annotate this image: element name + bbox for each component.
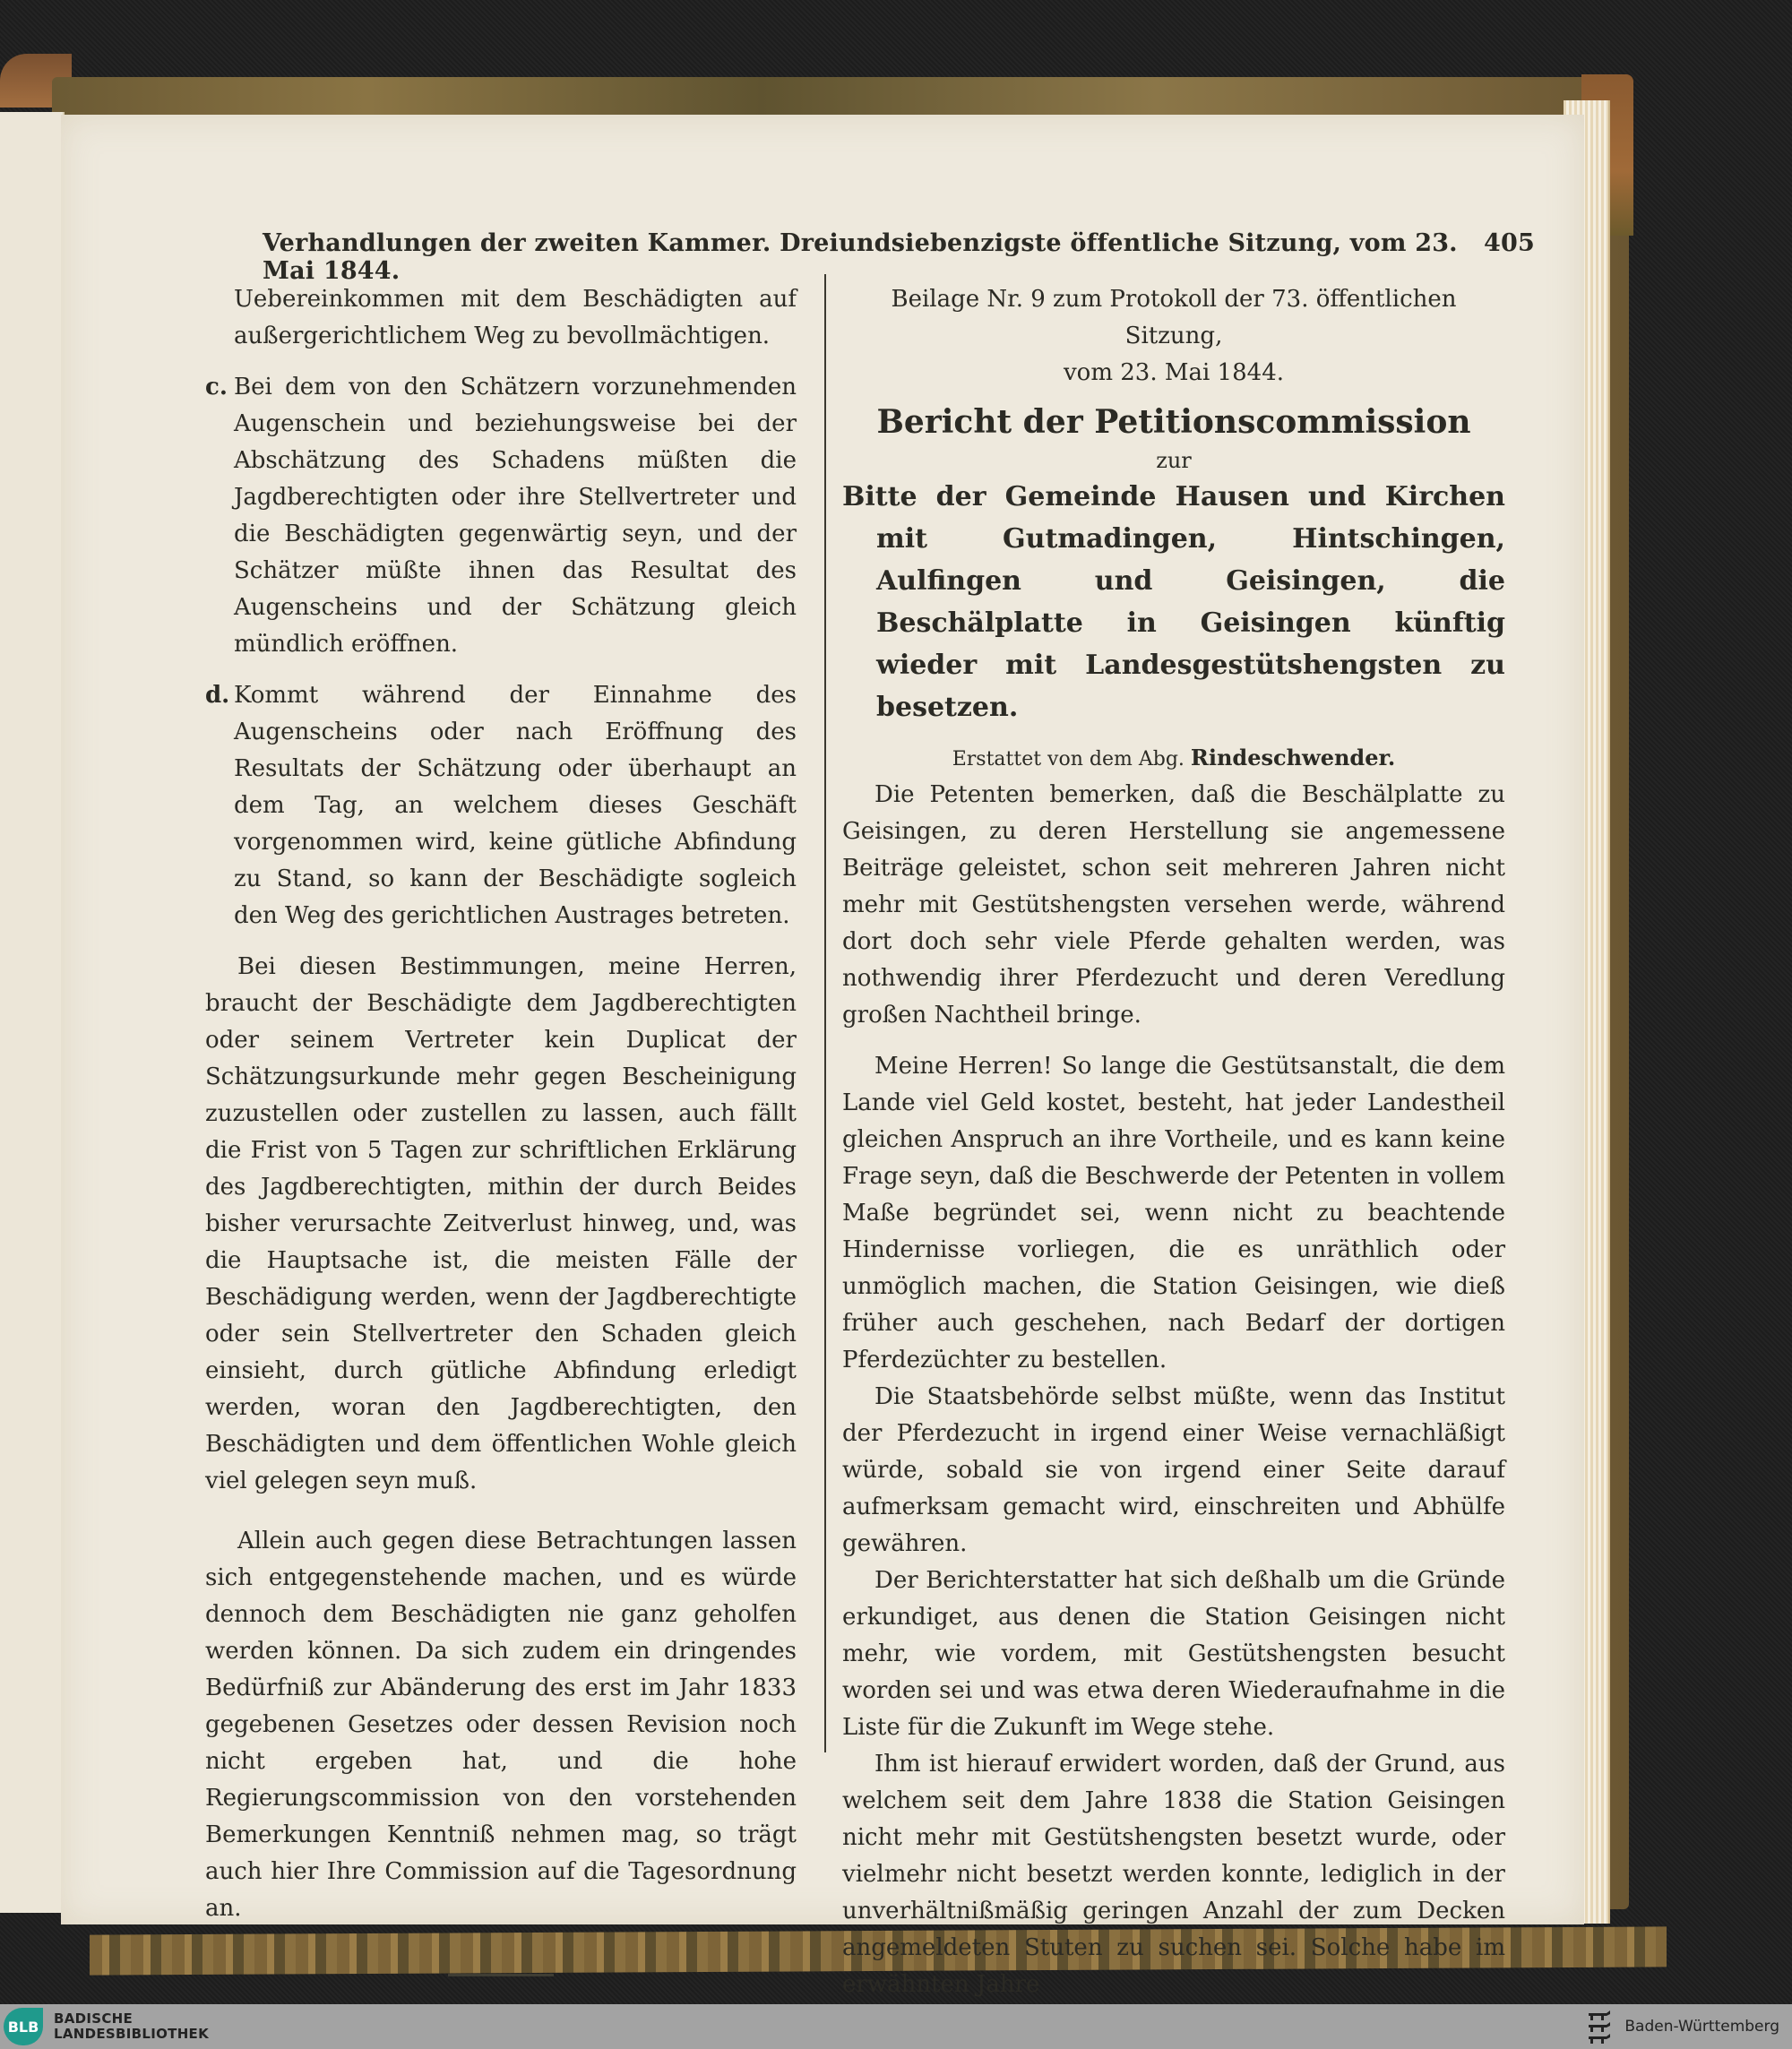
byline: Erstattet von dem Abg. Rindeschwender. [842,741,1505,777]
paragraph: Allein auch gegen diese Betrachtungen la… [205,1523,797,1927]
coat-of-arms-icon [1585,2008,1614,2045]
bw-logo-text: Baden-Württemberg [1624,2018,1779,2036]
item-label: d. [205,677,234,934]
blb-badge-icon: BLB [4,2008,43,2045]
list-item-c: c. Bei dem von den Schätzern vorzunehmen… [205,369,797,663]
left-column: Uebereinkommen mit dem Beschädigten auf … [205,281,797,1976]
blb-logo[interactable]: BLB BADISCHE LANDESBIBLIOTHEK [4,2008,209,2045]
footer-bar: BLB BADISCHE LANDESBIBLIOTHEK Baden-Würt… [0,2004,1792,2049]
paragraph: Der Berichterstatter hat sich deßhalb um… [842,1563,1505,1746]
item-text: Kommt während der Einnahme des Augensche… [234,677,797,934]
blb-logo-text: BADISCHE LANDESBIBLIOTHEK [54,2011,209,2042]
report-subject: Bitte der Gemeinde Hausen und Kirchen mi… [842,476,1505,728]
appendix-heading: Beilage Nr. 9 zum Protokoll der 73. öffe… [842,281,1505,355]
running-head-title: Verhandlungen der zweiten Kammer. Dreiun… [263,229,1484,285]
blb-logo-line2: LANDESBIBLIOTHEK [54,2027,209,2042]
continuation-text: Uebereinkommen mit dem Beschädigten auf … [205,281,797,355]
paragraph: Die Petenten bemerken, daß die Beschälpl… [842,777,1505,1034]
byline-author: Rindeschwender. [1191,745,1395,771]
report-zur: zur [842,445,1505,476]
facing-page-edge [0,112,65,1913]
column-divider [824,274,826,1752]
byline-prefix: Erstattet von dem Abg. [952,748,1185,771]
paragraph: Die Staatsbehörde selbst müßte, wenn das… [842,1379,1505,1563]
report-title: Bericht der Petitionscommission [842,399,1505,445]
paragraph: Meine Herren! So lange die Gestütsanstal… [842,1048,1505,1379]
item-text: Bei dem von den Schätzern vorzunehmenden… [234,369,797,663]
section-rule [448,1974,554,1976]
appendix-date: vom 23. Mai 1844. [842,355,1505,392]
list-item-d: d. Kommt während der Einnahme des Augens… [205,677,797,934]
book-page: Verhandlungen der zweiten Kammer. Dreiun… [61,115,1584,1924]
right-column: Beilage Nr. 9 zum Protokoll der 73. öffe… [842,281,1505,2003]
page-number: 405 [1484,229,1535,257]
blb-logo-line1: BADISCHE [54,2011,209,2027]
paragraph: Ihm ist hierauf erwidert worden, daß der… [842,1746,1505,2003]
paragraph: Bei diesen Bestimmungen, meine Herren, b… [205,949,797,1500]
item-label: c. [205,369,234,663]
bw-logo[interactable]: Baden-Württemberg [1585,2008,1779,2045]
running-head: Verhandlungen der zweiten Kammer. Dreiun… [263,229,1535,265]
